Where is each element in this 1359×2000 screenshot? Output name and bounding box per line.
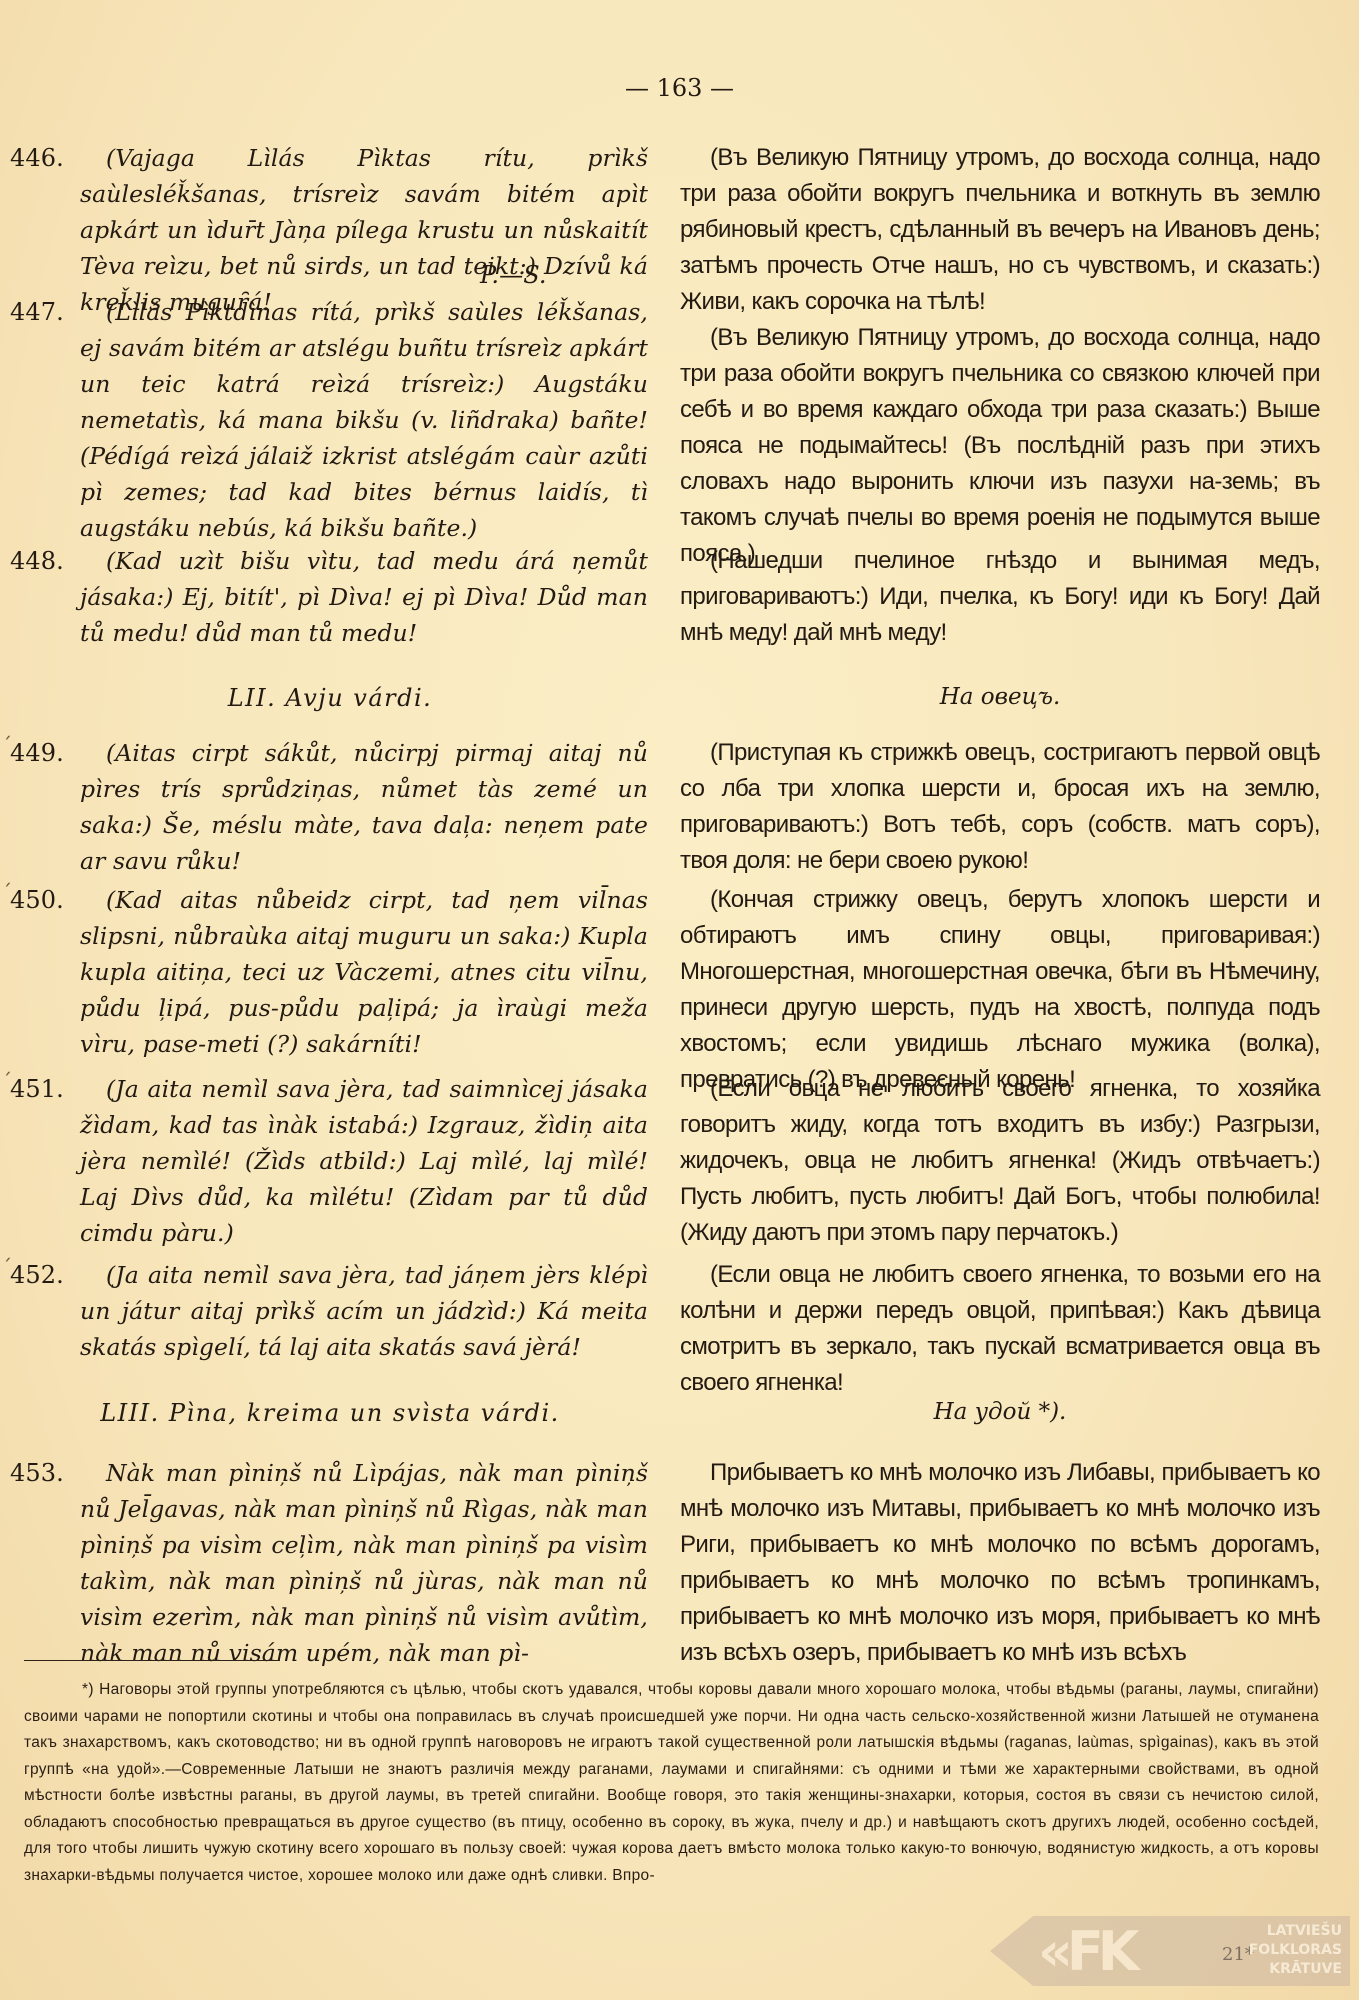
entry-number: 450.: [10, 882, 64, 918]
section-heading-liii-latvian: LIII. Pìna, kreima un svìsta várdi.: [0, 1399, 660, 1427]
fk-logo-icon: «FK: [1038, 1920, 1134, 1983]
entry-number: 449.: [10, 735, 64, 771]
entry-text: (Lìlás Pìktdìnas rítá, prìkš saùles léǩš…: [80, 294, 648, 546]
watermark-line: KRĀTUVE: [1202, 1960, 1342, 1979]
entry-number: 453.: [10, 1455, 64, 1491]
archive-watermark-logo: «FK LATVIEŠU FOLKLORAS KRĀTUVE: [990, 1916, 1350, 1986]
pencil-tick-mark-icon: ˊ: [2, 1255, 12, 1279]
entry-text: (Кончая стрижку овецъ, берутъ хлопокъ ше…: [680, 882, 1320, 1098]
entry-text: (Aitas cirpt sákůt, nůcirpj pirmaj aitaj…: [80, 735, 648, 879]
pencil-tick-mark-icon: ˊ: [2, 733, 12, 757]
entry-text: (Kad aitas nůbeidz cirpt, tad ņem vil̄na…: [80, 882, 648, 1062]
entry-text: (Приступая къ стрижкѣ овецъ, состригаютъ…: [680, 735, 1320, 879]
watermark-line: LATVIEŠU: [1202, 1922, 1342, 1941]
entry-text: (Если овца не любитъ своего ягненка, то …: [680, 1257, 1320, 1401]
entry-text: (Vajaga Lìlás Pìktas rítu, prìkš saùlesl…: [80, 140, 648, 320]
entry-text: (Если овца не любитъ своего ягненка, то …: [680, 1071, 1320, 1251]
section-heading-lii-russian: На овецъ.: [680, 684, 1320, 710]
section-heading-lii-latvian: LII. Avju várdi.: [0, 684, 660, 712]
entry-number: 447.: [10, 294, 64, 330]
footnote-divider: [24, 1660, 280, 1661]
entry-text: Nàk man pìniņš nů Lìpájas, nàk man pìniņ…: [80, 1455, 648, 1671]
section-heading-liii-russian: На удой *).: [680, 1399, 1320, 1425]
entry-number: 451.: [10, 1071, 64, 1107]
watermark-text: LATVIEŠU FOLKLORAS KRĀTUVE: [1202, 1922, 1342, 1979]
page-number: — 163 —: [0, 74, 1359, 102]
entry-text: (Ja aita nemìl sava jèra, tad saimnìcej …: [80, 1071, 648, 1251]
pencil-tick-mark-icon: ˊ: [2, 1069, 12, 1093]
footnote: *) Наговоры этой группы употребляются съ…: [24, 1677, 1319, 1889]
entry-text: Прибываетъ ко мнѣ молочко изъ Либавы, пр…: [680, 1455, 1320, 1671]
entry-number: 446.: [10, 140, 64, 176]
entry-text: (Въ Великую Пятницу утромъ, до восхода с…: [680, 140, 1320, 320]
entry-number: 448.: [10, 543, 64, 579]
entry-text: (Въ Великую Пятницу утромъ, до восхода с…: [680, 320, 1320, 572]
entry-number: 452.: [10, 1257, 64, 1293]
entry-text: (Kad uzìt bišu vìtu, tad medu árá ņemůt …: [80, 543, 648, 651]
entry-signature: P.—S.: [480, 257, 547, 293]
document-page: — 163 — 446. (Vajaga Lìlás Pìktas rítu, …: [0, 0, 1359, 2000]
entry-text: (Нашедши пчелиное гнѣздо и вынимая медъ,…: [680, 543, 1320, 651]
entry-text: (Ja aita nemìl sava jèra, tad jáņem jèrs…: [80, 1257, 648, 1365]
pencil-tick-mark-icon: ˊ: [2, 880, 12, 904]
watermark-line: FOLKLORAS: [1202, 1941, 1342, 1960]
